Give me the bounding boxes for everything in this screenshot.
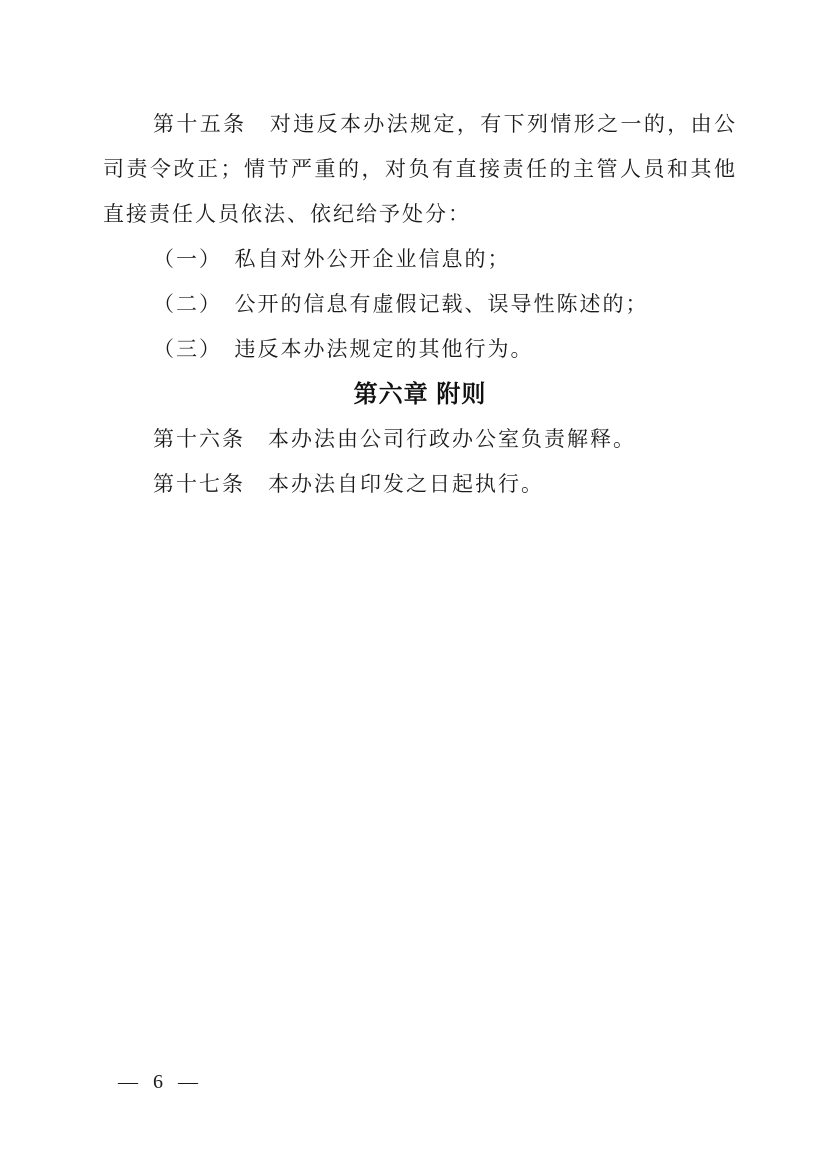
list-item-2: （二） 公开的信息有虚假记载、误导性陈述的；	[103, 282, 737, 327]
page-number: — 6 —	[118, 1068, 203, 1096]
article-17-paragraph: 第十七条 本办法自印发之日起执行。	[103, 462, 737, 507]
list-item-1: （一） 私自对外公开企业信息的；	[103, 237, 737, 282]
article-16-paragraph: 第十六条 本办法由公司行政办公室负责解释。	[103, 417, 737, 462]
document-page: 第十五条 对违反本办法规定，有下列情形之一的，由公司责令改正；情节严重的，对负有…	[0, 0, 823, 1165]
list-item-3: （三） 违反本办法规定的其他行为。	[103, 327, 737, 372]
document-body: 第十五条 对违反本办法规定，有下列情形之一的，由公司责令改正；情节严重的，对负有…	[103, 102, 737, 507]
chapter-heading: 第六章 附则	[103, 372, 737, 417]
article-15-paragraph: 第十五条 对违反本办法规定，有下列情形之一的，由公司责令改正；情节严重的，对负有…	[103, 102, 737, 237]
